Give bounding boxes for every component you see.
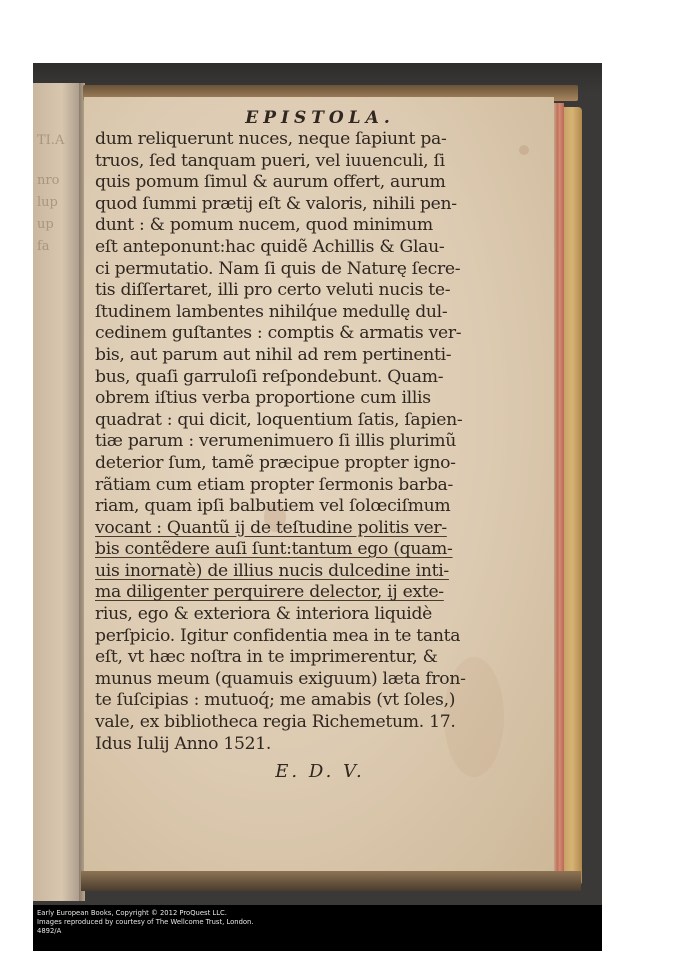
text-line-underlined: bis contẽdere auſi ſunt:tantum ego (quam… xyxy=(95,539,525,561)
text-line-underlined: uis inornatè) de illius nucis dulcedine … xyxy=(95,561,525,583)
text-line: eſt, vt hæc noſtra in te imprimerentur, … xyxy=(95,647,525,669)
text-line: Idus Iulij Anno 1521. xyxy=(95,734,525,756)
text-line: quis pomum ſimul & aurum offert, aurum xyxy=(95,172,525,194)
caption-courtesy: Images reproduced by courtesy of The Wel… xyxy=(37,918,602,927)
text-line: ci permutatio. Nam ſi quis de Naturę ſec… xyxy=(95,259,525,281)
text-line: rãtiam cum etiam propter ſermonis barba- xyxy=(95,475,525,497)
running-head: EPISTOLA. xyxy=(95,107,525,129)
text-line: vale, ex bibliotheca regia Richemetum. 1… xyxy=(95,712,525,734)
text-line: eſt anteponunt:hac quidẽ Achillis & Glau… xyxy=(95,237,525,259)
text-line: deterior ſum, tamẽ præcipue propter igno… xyxy=(95,453,525,475)
text-line: quod ſummi prætij eſt & valoris, nihili … xyxy=(95,194,525,216)
caption-shelfmark: 4892/A xyxy=(37,927,602,936)
scanned-image: TI.A nro lup up fa EPISTOLA. dum relique… xyxy=(33,63,602,951)
text-line: tiæ parum : verumenimuero ſi illis pluri… xyxy=(95,431,525,453)
text-line: dum reliquerunt nuces, neque ſapiunt pa- xyxy=(95,129,525,151)
text-line-underlined: ma diligenter perquirere delector, ij ex… xyxy=(95,582,525,604)
text-line: tis diſſertaret, illi pro certo veluti n… xyxy=(95,280,525,302)
text-line: bis, aut parum aut nihil ad rem pertinen… xyxy=(95,345,525,367)
page-bottom-edge xyxy=(81,871,581,891)
text-line: te ſuſcipias : mutuoq́; me amabis (vt ſo… xyxy=(95,690,525,712)
red-fore-edge xyxy=(554,103,564,873)
copyright-caption: Early European Books, Copyright © 2012 P… xyxy=(33,905,602,951)
text-line: ſtudinem lambentes nihilq́ue medullę dul… xyxy=(95,302,525,324)
facing-page-edge: TI.A nro lup up fa xyxy=(33,83,81,901)
signature-initials: E. D. V. xyxy=(95,761,525,782)
caption-copyright: Early European Books, Copyright © 2012 P… xyxy=(37,909,602,918)
text-line: rius, ego & exteriora & interiora liquid… xyxy=(95,604,525,626)
facing-page-text: nro xyxy=(37,173,73,189)
gilt-fore-edge xyxy=(564,107,582,887)
facing-page-text: fa xyxy=(37,239,73,255)
facing-page-text: TI.A xyxy=(37,133,73,149)
text-line: dunt : & pomum nucem, quod minimum xyxy=(95,215,525,237)
text-line: perſpicio. Igitur confidentia mea in te … xyxy=(95,626,525,648)
text-line: munus meum (quamuis exiguum) læta fron- xyxy=(95,669,525,691)
facing-page-text: lup xyxy=(37,195,73,211)
page-text: EPISTOLA. dum reliquerunt nuces, neque ſ… xyxy=(95,107,525,782)
facing-page-text: up xyxy=(37,217,73,233)
book-photograph: TI.A nro lup up fa EPISTOLA. dum relique… xyxy=(33,63,602,905)
text-line: truos, ſed tanquam pueri, vel iuuenculi,… xyxy=(95,151,525,173)
text-line: bus, quaſi garruloſi reſpondebunt. Quam- xyxy=(95,367,525,389)
text-line: obrem iſtius verba proportione cum illis xyxy=(95,388,525,410)
text-line: quadrat : qui dicit, loquentium ſatis, ſ… xyxy=(95,410,525,432)
text-line: riam, quam ipſi balbutiem vel ſolœciſmum xyxy=(95,496,525,518)
text-line-underlined: vocant : Quantũ ij de teſtudine politis … xyxy=(95,518,525,540)
text-line: cedinem guſtantes : comptis & armatis ve… xyxy=(95,323,525,345)
